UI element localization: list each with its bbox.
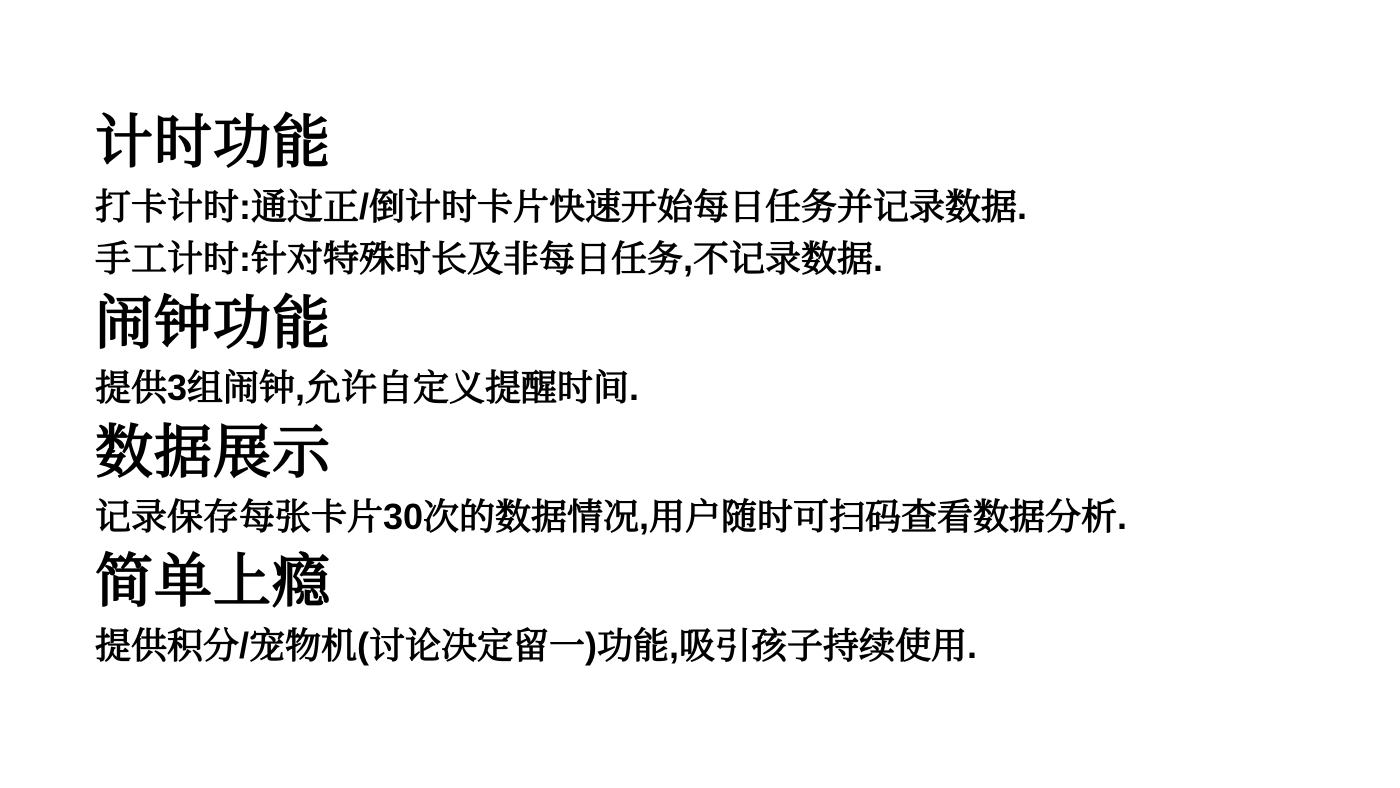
section-timing: 计时功能 打卡计时:通过正/倒计时卡片快速开始每日任务并记录数据. 手工计时:针…: [95, 104, 1340, 285]
section-body-line: 提供3组闹钟,允许自定义提醒时间.: [95, 362, 1340, 414]
section-heading-engagement: 简单上瘾: [95, 543, 1340, 620]
section-alarm: 闹钟功能 提供3组闹钟,允许自定义提醒时间.: [95, 285, 1340, 414]
section-engagement: 简单上瘾 提供积分/宠物机(讨论决定留一)功能,吸引孩子持续使用.: [95, 543, 1340, 672]
section-data-display: 数据展示 记录保存每张卡片30次的数据情况,用户随时可扫码查看数据分析.: [95, 414, 1340, 543]
document-page: 计时功能 打卡计时:通过正/倒计时卡片快速开始每日任务并记录数据. 手工计时:针…: [0, 0, 1400, 788]
section-heading-alarm: 闹钟功能: [95, 285, 1340, 362]
section-heading-timing: 计时功能: [95, 104, 1340, 181]
section-body-line: 打卡计时:通过正/倒计时卡片快速开始每日任务并记录数据.: [95, 181, 1340, 233]
section-body-line: 提供积分/宠物机(讨论决定留一)功能,吸引孩子持续使用.: [95, 620, 1340, 672]
section-body-line: 手工计时:针对特殊时长及非每日任务,不记录数据.: [95, 233, 1340, 285]
section-body-line: 记录保存每张卡片30次的数据情况,用户随时可扫码查看数据分析.: [95, 491, 1340, 543]
section-heading-data-display: 数据展示: [95, 414, 1340, 491]
